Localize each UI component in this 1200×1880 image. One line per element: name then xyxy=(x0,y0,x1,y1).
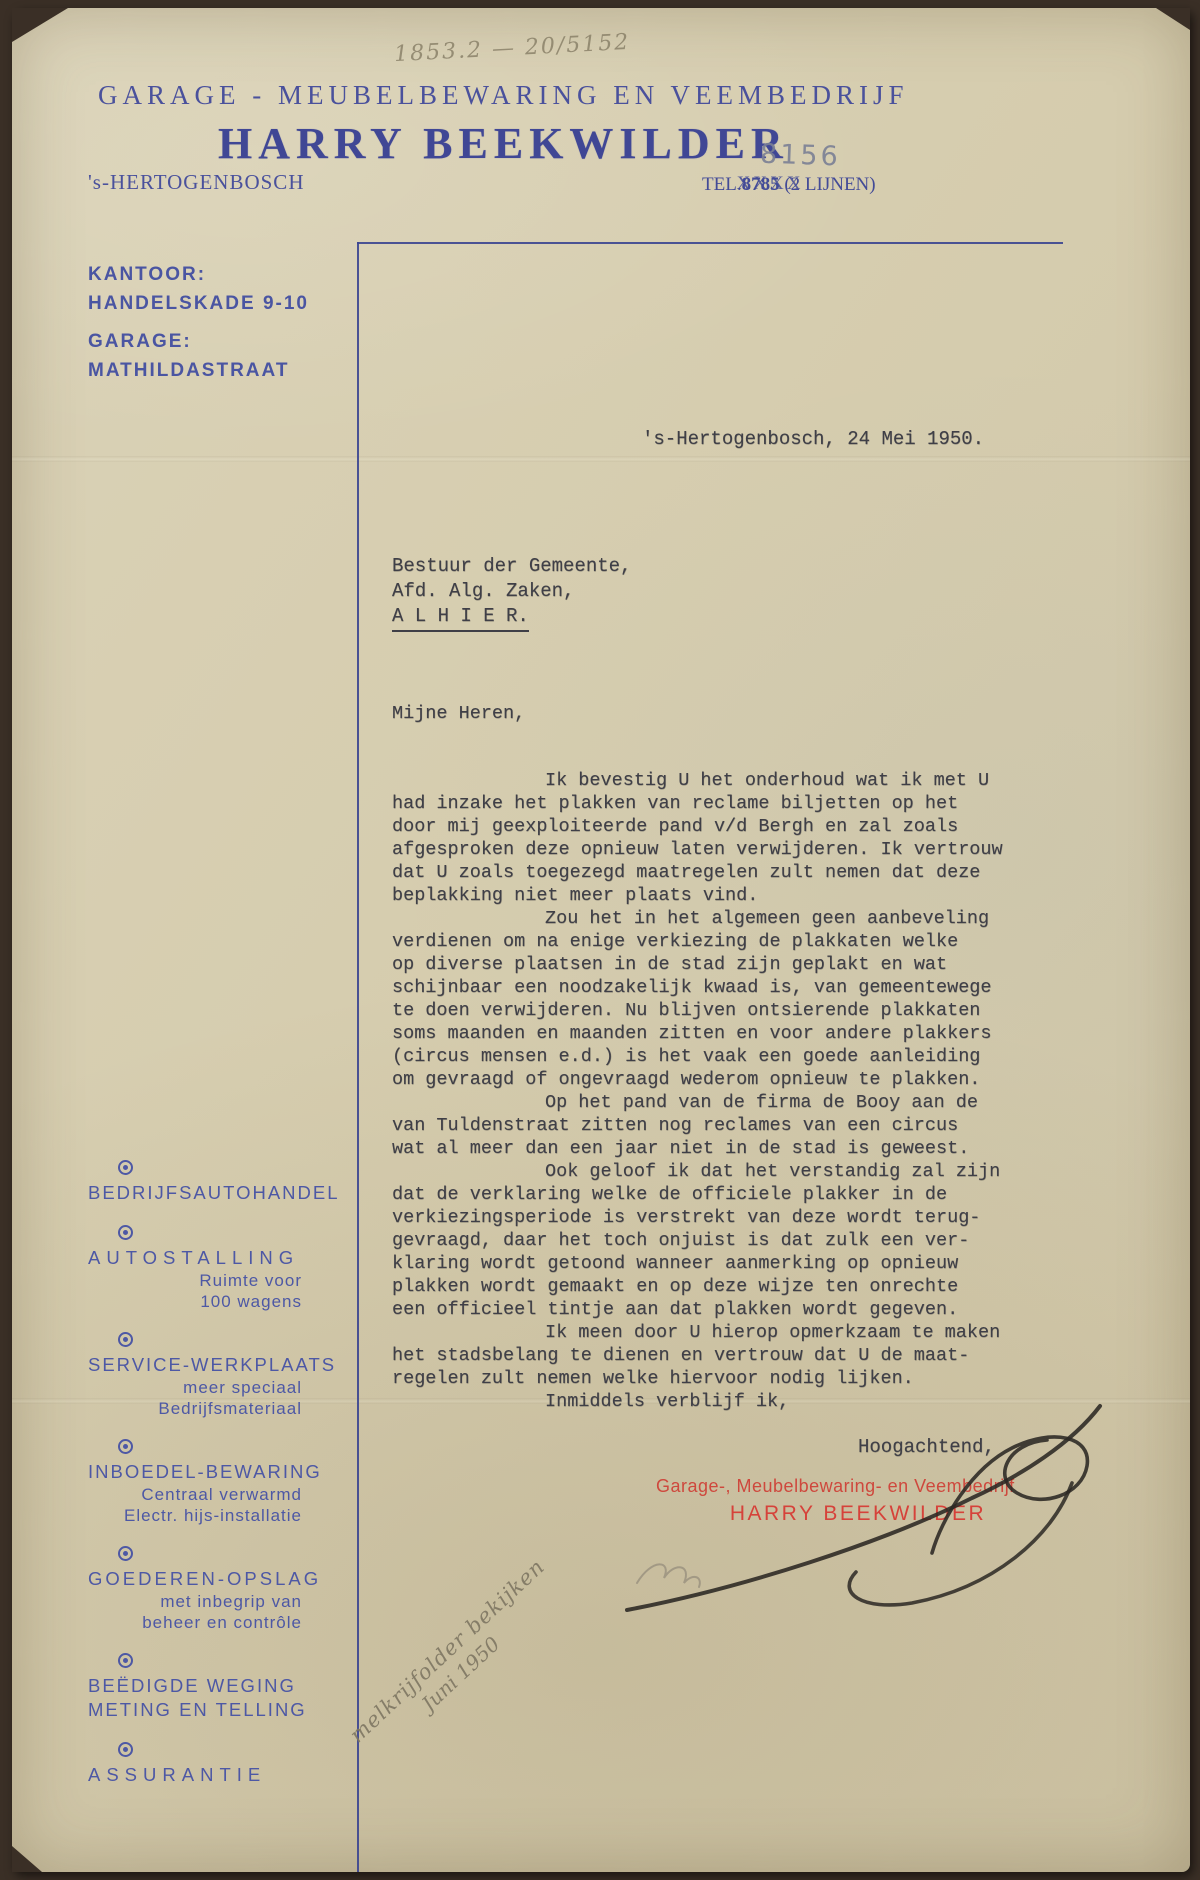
bullseye-bullet-icon xyxy=(118,1653,133,1668)
sidebar-address-block: KANTOOR: HANDELSKADE 9-10 GARAGE: MATHIL… xyxy=(88,260,309,385)
pencil-squiggle xyxy=(637,1564,700,1587)
letter-line: Ook geloof ik dat het verstandig zal zij… xyxy=(392,1160,1072,1183)
letter-line: op diverse plaatsen in de stad zijn gepl… xyxy=(392,953,1072,976)
paper-corner-tear xyxy=(12,8,68,42)
top-rule-line xyxy=(357,242,1063,244)
letter-line: beplakking niet meer plaats vind. xyxy=(392,884,1072,907)
service-subtext: meer speciaal xyxy=(88,1377,302,1398)
pencil-annotation-top: 1853.2 — 20/5152 xyxy=(394,30,631,67)
telephone-line: TEL.8785XXXX (2 LIJNEN) xyxy=(702,174,876,196)
letter-line: Ik bevestig U het onderhoud wat ik met U xyxy=(392,769,1072,792)
service-title: METING EN TELLING xyxy=(88,1698,302,1722)
dateline: 's-Hertogenbosch, 24 Mei 1950. xyxy=(642,428,984,450)
letterhead-tagline: GARAGE - MEUBELBEWARING EN VEEMBEDRIJF xyxy=(98,80,909,111)
letter-line: soms maanden en maanden zitten en voor a… xyxy=(392,1022,1072,1045)
pencil-note-text: melkrijfolder bekijken xyxy=(345,1554,550,1747)
sidebar-service-item: ASSURANTIE xyxy=(88,1742,302,1787)
garage-label: GARAGE: xyxy=(88,327,309,356)
handwritten-signature xyxy=(552,1348,1112,1648)
tel-number-struck: 8785XXXX xyxy=(742,174,780,196)
letter-line: dat U zoals toegezegd maatregelen zult n… xyxy=(392,861,1072,884)
service-title: GOEDEREN-OPSLAG xyxy=(88,1567,302,1591)
letter-line: plakken wordt gemaakt en op deze wijze t… xyxy=(392,1275,1072,1298)
office-label: KANTOOR: xyxy=(88,260,309,289)
left-rule-line xyxy=(357,242,359,1872)
sidebar-service-item: GOEDEREN-OPSLAGmet inbegrip vanbeheer en… xyxy=(88,1546,302,1633)
letter-line: van Tuldenstraat zitten nog reclames van… xyxy=(392,1114,1072,1137)
recipient-block: Bestuur der Gemeente, Afd. Alg. Zaken, A… xyxy=(392,554,631,632)
service-title: SERVICE-WERKPLAATS xyxy=(88,1353,302,1377)
letter-line: verkiezingsperiode is verstrekt van deze… xyxy=(392,1206,1072,1229)
pencil-phone-annotation: 8156 xyxy=(759,139,841,173)
service-subtext: beheer en contrôle xyxy=(88,1612,302,1633)
service-title: BEËDIGDE WEGING xyxy=(88,1674,302,1698)
service-subtext: Bedrijfsmateriaal xyxy=(88,1398,302,1419)
fold-crease xyxy=(12,456,1190,462)
letter-line: (circus mensen e.d.) is het vaak een goe… xyxy=(392,1045,1072,1068)
paper-corner-tear xyxy=(1156,8,1190,30)
service-title: ASSURANTIE xyxy=(88,1763,302,1787)
sidebar-service-item: INBOEDEL-BEWARINGCentraal verwarmdElectr… xyxy=(88,1439,302,1526)
salutation: Mijne Heren, xyxy=(392,702,1072,725)
service-title: INBOEDEL-BEWARING xyxy=(88,1460,302,1484)
letter-line: dat de verklaring welke de officiele pla… xyxy=(392,1183,1072,1206)
sidebar-service-item: BEDRIJFSAUTOHANDEL xyxy=(88,1160,302,1205)
letter-line: afgesproken deze opnieuw laten verwijder… xyxy=(392,838,1072,861)
recipient-line: Bestuur der Gemeente, xyxy=(392,554,631,579)
bullseye-bullet-icon xyxy=(118,1742,133,1757)
bullseye-bullet-icon xyxy=(118,1439,133,1454)
service-title: BEDRIJFSAUTOHANDEL xyxy=(88,1181,302,1205)
scanned-letter-photo: { "header": { "tagline": "GARAGE - MEUBE… xyxy=(0,0,1200,1880)
service-subtext: Electr. hijs-installatie xyxy=(88,1505,302,1526)
letter-line: schijnbaar een noodzakelijk kwaad is, va… xyxy=(392,976,1072,999)
company-name: HARRY BEEKWILDER xyxy=(218,118,789,169)
letter-paper: 1853.2 — 20/5152 GARAGE - MEUBELBEWARING… xyxy=(12,8,1190,1872)
bullseye-bullet-icon xyxy=(118,1332,133,1347)
bullseye-bullet-icon xyxy=(118,1225,133,1240)
letter-line: om gevraagd of ongevraagd wederom opnieu… xyxy=(392,1068,1072,1091)
letter-line: klaring wordt getoond wanneer aanmerking… xyxy=(392,1252,1072,1275)
service-subtext: Centraal verwarmd xyxy=(88,1484,302,1505)
letter-line: gevraagd, daar het toch onjuist is dat z… xyxy=(392,1229,1072,1252)
tel-strike-overlay: XXXX xyxy=(737,173,804,195)
bullseye-bullet-icon xyxy=(118,1546,133,1561)
sidebar-services-list: BEDRIJFSAUTOHANDELAUTOSTALLINGRuimte voo… xyxy=(88,1160,302,1807)
sidebar-service-item: BEËDIGDE WEGINGMETING EN TELLING xyxy=(88,1653,302,1722)
letter-line: Op het pand van de firma de Booy aan de xyxy=(392,1091,1072,1114)
paper-corner-tear xyxy=(12,1846,42,1872)
letter-line: verdienen om na enige verkiezing de plak… xyxy=(392,930,1072,953)
service-subtext: met inbegrip van xyxy=(88,1591,302,1612)
sidebar-service-item: SERVICE-WERKPLAATSmeer speciaalBedrijfsm… xyxy=(88,1332,302,1419)
office-address: HANDELSKADE 9-10 xyxy=(88,289,309,318)
letter-line: een officieel tintje aan dat plakken wor… xyxy=(392,1298,1072,1321)
letter-line: Zou het in het algemeen geen aanbeveling xyxy=(392,907,1072,930)
garage-address: MATHILDASTRAAT xyxy=(88,356,309,385)
sidebar-service-item: AUTOSTALLINGRuimte voor100 wagens xyxy=(88,1225,302,1312)
letter-line: Ik meen door U hierop opmerkzaam te make… xyxy=(392,1321,1072,1344)
letter-line: had inzake het plakken van reclame bilje… xyxy=(392,792,1072,815)
recipient-line: Afd. Alg. Zaken, xyxy=(392,579,631,604)
letter-line: door mij geexploiteerde pand v/d Bergh e… xyxy=(392,815,1072,838)
service-subtext: Ruimte voor xyxy=(88,1270,302,1291)
letterhead-city: 's-HERTOGENBOSCH xyxy=(88,170,304,195)
service-title: AUTOSTALLING xyxy=(88,1246,302,1270)
letter-line: te doen verwijderen. Nu blijven ontsiere… xyxy=(392,999,1072,1022)
body-paragraphs: Ik bevestig U het onderhoud wat ik met U… xyxy=(392,769,1072,1413)
bullseye-bullet-icon xyxy=(118,1160,133,1175)
letter-body: Mijne Heren, Ik bevestig U het onderhoud… xyxy=(392,702,1072,1413)
letter-line: wat al meer dan een jaar niet in de stad… xyxy=(392,1137,1072,1160)
pencil-annotation-diagonal: melkrijfolder bekijken Juni 1950 xyxy=(345,1554,567,1766)
service-subtext: 100 wagens xyxy=(88,1291,302,1312)
recipient-line-alhier: A L H I E R. xyxy=(392,604,529,632)
